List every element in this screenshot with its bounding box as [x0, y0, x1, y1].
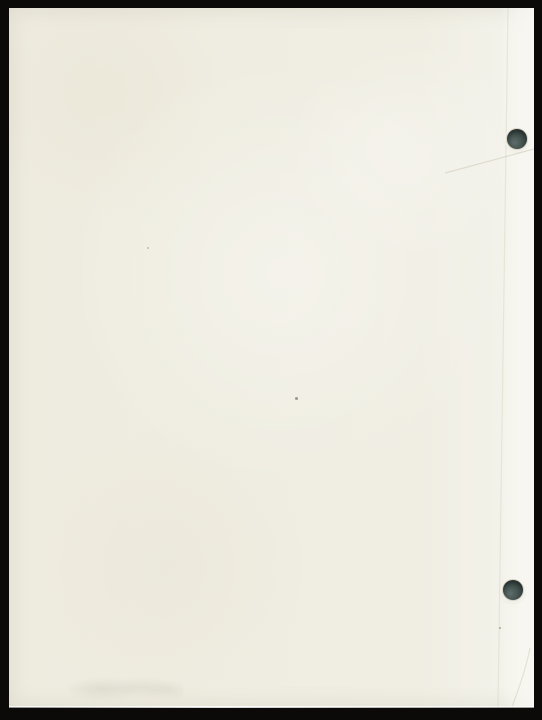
punch-hole-top: [507, 129, 527, 149]
crease-lines: [9, 8, 534, 707]
crease-bottom-right-curve: [512, 648, 530, 707]
paper-sheet: [9, 8, 534, 707]
paper-speck: [499, 627, 501, 629]
paper-speck: [295, 397, 298, 400]
scanner-frame: [0, 0, 542, 720]
page-edge-line-right: [498, 8, 508, 707]
paper-speck: [147, 247, 149, 249]
punch-hole-bottom: [503, 580, 523, 600]
crease-top-right-diagonal: [445, 149, 534, 173]
page-right-edge-strip: [500, 8, 534, 707]
ink-bleed-smudge: [68, 676, 183, 702]
